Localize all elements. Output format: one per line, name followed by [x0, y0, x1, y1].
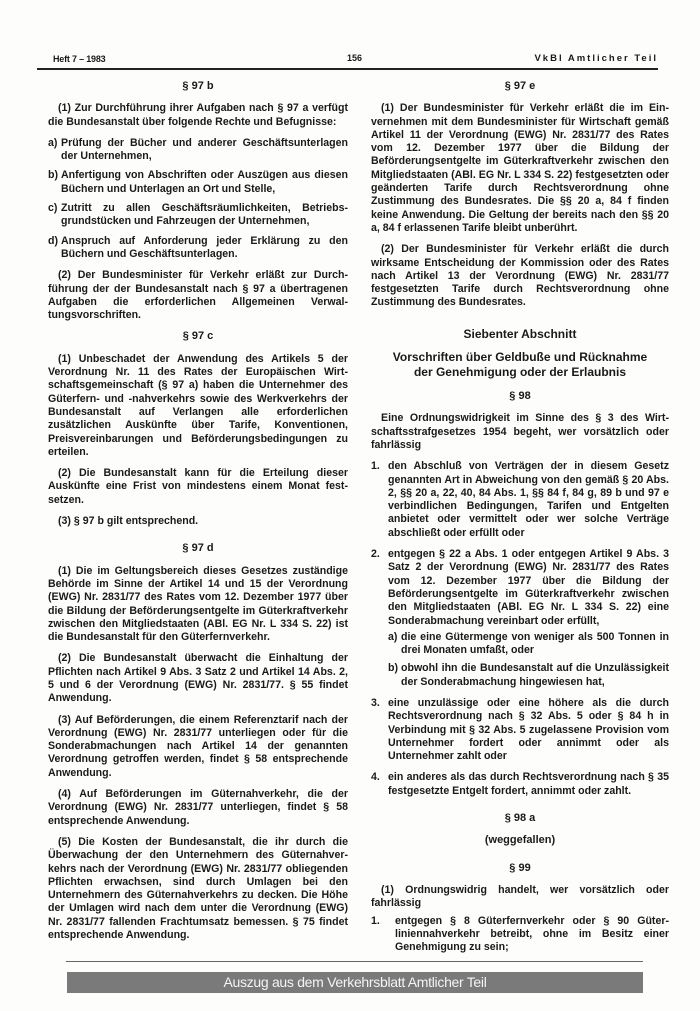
chapter-heading: Siebenter Abschnitt Vorschriften über Ge… [371, 328, 669, 380]
list-item-text: Anspruch auf Anforderung jeder Erklärung… [61, 235, 348, 260]
section-title: § 98 [371, 390, 669, 403]
list-marker: c) [48, 202, 57, 215]
list-item: a)Prüfung der Bücher und anderer Geschäf… [48, 137, 348, 164]
chapter-title: Siebenter Abschnitt [371, 328, 669, 341]
chapter-subtitle-line: der Genehmigung oder der Erlaubnis [371, 365, 669, 380]
offense-list: 1.den Abschluß von Verträgen der in dies… [371, 460, 669, 798]
list-item-text: die eine Gütermenge von weniger als 500 … [401, 631, 669, 656]
footer-divider [66, 961, 643, 962]
list-marker: b) [48, 169, 58, 182]
section-97c: § 97 c (1) Unbeschadet der Anwendung des… [48, 330, 348, 528]
paragraph: (1) Die im Geltungsbereich dieses Gesetz… [48, 565, 348, 645]
paragraph: (2) Die Bundesanstalt überwacht die Einh… [48, 652, 348, 705]
list-marker: b) [388, 662, 398, 675]
chapter-subtitle: Vorschriften über Geldbuße und Rücknahme… [371, 350, 669, 380]
list-item: b)Anfertigung von Abschriften oder Auszü… [48, 169, 348, 196]
paragraph: (2) Die Bundesanstalt kann für die Ertei… [48, 467, 348, 507]
issue-label: Heft 7 – 1983 [53, 54, 105, 64]
chapter-subtitle-line: Vorschriften über Geldbuße und Rücknahme [371, 350, 669, 365]
footer-banner: Auszug aus dem Verkehrsblatt Amtlicher T… [67, 972, 643, 993]
list-item-text: Prüfung der Bücher und anderer Geschäfts… [61, 137, 348, 162]
page-header: Heft 7 – 1983 156 VkBl Amtlicher Teil [37, 48, 658, 70]
section-title: § 97 c [48, 330, 348, 343]
paragraph: Eine Ordnungswidrigkeit im Sinne des § 3… [371, 412, 669, 452]
paragraph: (1) Zur Durchführung ihrer Aufgaben nach… [48, 102, 348, 129]
list-item: 1.entgegen § 8 Güterfernverkehr oder § 9… [371, 915, 669, 955]
right-column: § 97 e (1) Der Bundesminister für Verkeh… [371, 80, 669, 962]
paragraph: (2) Der Bundesminister für Verkehr erläß… [371, 243, 669, 309]
section-98: § 98 Eine Ordnungswidrigkeit im Sinne de… [371, 390, 669, 798]
section-title: § 97 e [371, 80, 669, 93]
list-marker: 1. [371, 460, 380, 473]
section-97d: § 97 d (1) Die im Geltungsbereich dieses… [48, 542, 348, 942]
list-item: 2.entgegen § 22 a Abs. 1 oder entgegen A… [371, 548, 669, 689]
section-title: § 99 [371, 862, 669, 875]
list-marker: 1. [371, 915, 380, 928]
list-item-text: Anfertigung von Abschriften oder Auszüge… [61, 169, 348, 194]
list-marker: a) [388, 631, 397, 644]
list-item: 4.ein anderes als das durch Rechtsverord… [371, 771, 669, 798]
section-title: § 97 d [48, 542, 348, 555]
list-marker: 4. [371, 771, 380, 784]
list-marker: d) [48, 235, 58, 248]
list-marker: a) [48, 137, 57, 150]
list-item: c)Zutritt zu allen Geschäftsräumlichkeit… [48, 202, 348, 229]
page-number: 156 [347, 53, 362, 63]
list-marker: 2. [371, 548, 380, 561]
repealed-note: (weggefallen) [371, 834, 669, 847]
list-item: d)Anspruch auf Anforderung jeder Erkläru… [48, 235, 348, 262]
section-title: § 98 a [371, 812, 669, 825]
paragraph: (1) Der Bundesminister für Verkehr erläß… [371, 102, 669, 235]
list-item-text: entgegen § 8 Güterfernverkehr oder § 90 … [395, 915, 669, 954]
paragraph: (5) Die Kosten der Bundesanstalt, die ih… [48, 836, 348, 942]
rights-list: a)Prüfung der Bücher und anderer Geschäf… [48, 137, 348, 261]
section-97e: § 97 e (1) Der Bundesminister für Verkeh… [371, 80, 669, 310]
left-column: § 97 b (1) Zur Durchführung ihrer Aufgab… [48, 80, 348, 950]
list-item-text: Zutritt zu allen Geschäftsräumlichkeiten… [61, 202, 348, 227]
list-item: 3.eine unzulässige oder eine höhere als … [371, 697, 669, 763]
list-marker: 3. [371, 697, 380, 710]
paragraph: (4) Auf Beförderungen im Güternahverkehr… [48, 788, 348, 828]
section-title: § 97 b [48, 80, 348, 93]
list-item-text: eine unzulässige oder eine höhere als di… [388, 697, 669, 762]
paragraph: (1) Unbeschadet der Anwendung des Artike… [48, 353, 348, 459]
list-item-text: obwohl ihn die Bundesanstalt auf die Unz… [401, 662, 669, 687]
list-item-text: ein anderes als das durch Rechtsverordnu… [388, 771, 669, 796]
publication-label: VkBl Amtlicher Teil [534, 53, 658, 64]
section-97b: § 97 b (1) Zur Durchführung ihrer Aufgab… [48, 80, 348, 322]
paragraph: (1) Ordnungswidrig handelt, wer vorsätzl… [371, 884, 669, 911]
offense-list: 1.entgegen § 8 Güterfernverkehr oder § 9… [371, 915, 669, 955]
paragraph: (2) Der Bundesminister für Verkehr erläß… [48, 269, 348, 322]
sub-list-item: b)obwohl ihn die Bundesanstalt auf die U… [388, 662, 669, 689]
paragraph: (3) Auf Beförderungen, die einem Referen… [48, 714, 348, 780]
sub-list: a)die eine Gütermenge von weniger als 50… [388, 631, 669, 689]
sub-list-item: a)die eine Gütermenge von weniger als 50… [388, 631, 669, 658]
list-item-text: entgegen § 22 a Abs. 1 oder entgegen Art… [388, 548, 669, 626]
section-98a: § 98 a (weggefallen) [371, 812, 669, 848]
document-page: Heft 7 – 1983 156 VkBl Amtlicher Teil § … [0, 0, 700, 1011]
paragraph: (3) § 97 b gilt entsprechend. [48, 515, 348, 528]
list-item: 1.den Abschluß von Verträgen der in dies… [371, 460, 669, 540]
section-99: § 99 (1) Ordnungswidrig handelt, wer vor… [371, 862, 669, 955]
list-item-text: den Abschluß von Verträgen der in diesem… [388, 460, 669, 538]
